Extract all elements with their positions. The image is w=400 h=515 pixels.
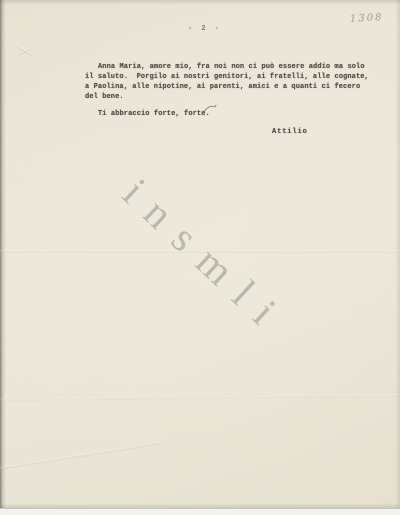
letter-line: Anna Maria, amore mio, fra noi non ci pu… bbox=[85, 62, 370, 72]
letter-closing: Ti abbraccio forte, forte. bbox=[98, 110, 210, 118]
page-number: - 2 - bbox=[188, 25, 222, 33]
paper-crease bbox=[0, 442, 159, 472]
letter-line: del bene. bbox=[85, 92, 370, 102]
paper-crease bbox=[0, 250, 400, 253]
signature: Attilio bbox=[272, 128, 308, 136]
paper-crease bbox=[18, 49, 32, 57]
handwritten-archive-number: 1308 bbox=[350, 12, 384, 25]
paper-edge-left bbox=[0, 0, 6, 509]
pen-flourish-mark bbox=[202, 103, 218, 115]
letter-line: il saluto. Porgilo ai nostri genitori, a… bbox=[85, 72, 370, 82]
letter-line: a Paolina, alle nipotine, ai parenti, am… bbox=[85, 82, 370, 92]
paper-crease bbox=[0, 394, 400, 401]
paper-crease bbox=[17, 45, 33, 56]
paper-edge-top bbox=[0, 0, 400, 5]
archive-watermark: insmli bbox=[113, 170, 297, 346]
paper-edge-right bbox=[395, 0, 400, 509]
scanner-edge-bottom bbox=[0, 508, 400, 515]
letter-body: Anna Maria, amore mio, fra noi non ci pu… bbox=[85, 62, 370, 102]
scanned-letter-page: insmli - 2 - 1308 Anna Maria, amore mio,… bbox=[0, 0, 400, 515]
